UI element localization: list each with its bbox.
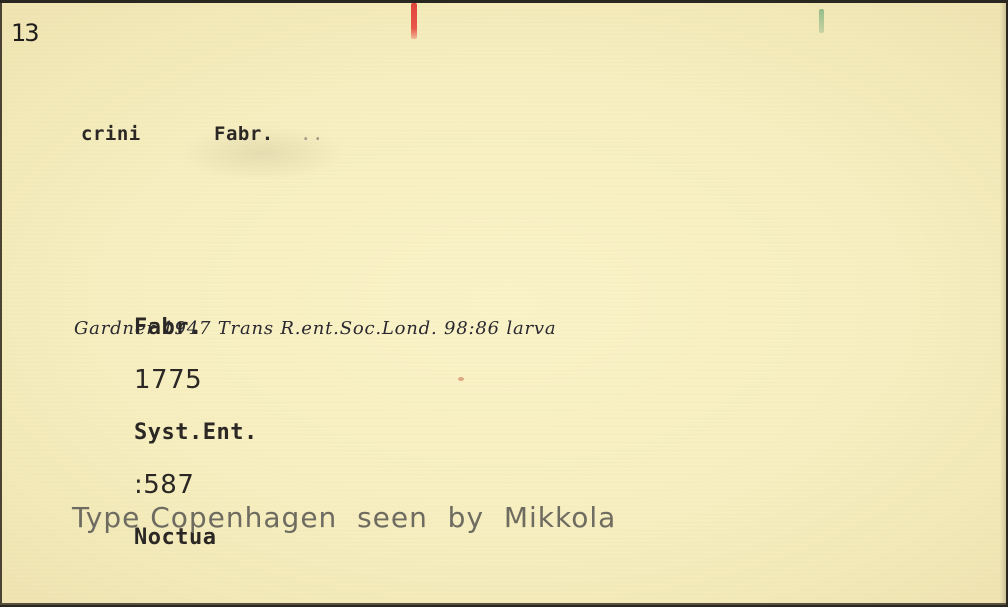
literature-reference: Gardner 1947 Trans R.ent.Soc.Lond. 98:86… (74, 318, 556, 339)
type-location-note: Type Copenhagen seen by Mikkola (72, 501, 616, 534)
species-name: crini (81, 123, 141, 145)
author-trailing-dots: .. (300, 123, 324, 145)
red-tab-marker (411, 3, 417, 39)
citation-page: :587 (134, 470, 194, 500)
card-number: 13 (11, 19, 38, 47)
card-edge-shadow (1000, 3, 1006, 603)
index-card: 13 crini Fabr. .. Fabr. 1775 Syst.Ent. :… (0, 3, 1006, 605)
citation-work: Syst.Ent. (134, 420, 258, 445)
green-tab-marker (819, 9, 824, 33)
citation-year: 1775 (134, 365, 202, 395)
species-author: Fabr. (214, 123, 274, 145)
ink-speck (458, 377, 464, 381)
